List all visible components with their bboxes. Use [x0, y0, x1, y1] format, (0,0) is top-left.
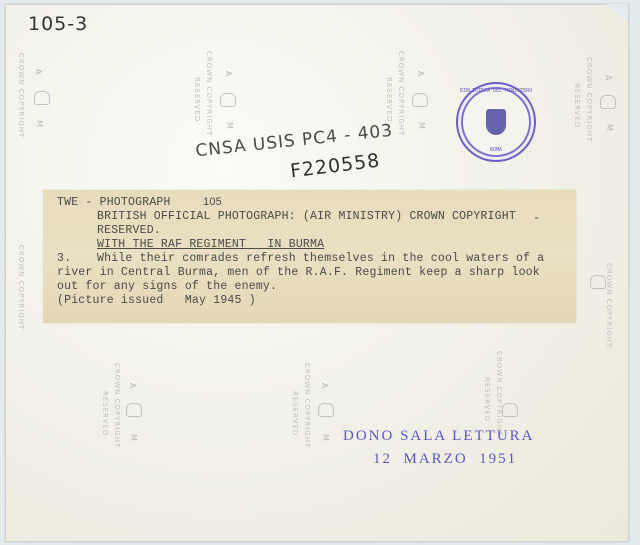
watermark-reserved: RESERVED: [572, 83, 581, 128]
caption-header-number: 105: [203, 196, 222, 208]
watermark-crown-icon: [590, 275, 606, 289]
seal-ring-text: BIBLIOTECA DEL MINISTERO: [458, 88, 534, 94]
caption-reserved-line: RESERVED.: [97, 224, 161, 237]
watermark-crown-icon: [220, 93, 236, 107]
watermark-crown-icon: [412, 93, 428, 107]
caption-slip: TWE - PHOTOGRAPH 105 BRITISH OFFICIAL PH…: [43, 190, 576, 323]
watermark-crown-icon: [502, 403, 518, 417]
watermark-crown-icon: [34, 91, 50, 105]
watermark-crown-copyright: CROWN COPYRIGHT: [204, 51, 213, 136]
caption-body-line-2: river in Central Burma, men of the R.A.F…: [57, 266, 540, 279]
watermark-letter-m: M: [605, 124, 614, 131]
donation-stamp-date: 12 MARZO 1951: [373, 451, 517, 468]
watermark-letter-a: A: [224, 71, 233, 76]
caption-title: WITH THE RAF REGIMENT IN BURMA: [97, 238, 324, 251]
watermark-crown-copyright: CROWN COPYRIGHT: [584, 57, 593, 142]
watermark-letter-a: A: [320, 383, 329, 388]
watermark-crown-copyright: CROWN COPYRIGHT: [302, 363, 311, 448]
watermark-crown-copyright: CROWN COPYRIGHT: [16, 53, 25, 138]
watermark-letter-m: M: [417, 122, 426, 129]
watermark-crown-icon: [600, 95, 616, 109]
watermark-reserved: RESERVED: [100, 391, 109, 436]
watermark-letter-m: M: [225, 122, 234, 129]
watermark-crown-icon: [318, 403, 334, 417]
watermark-crown-copyright: CROWN COPYRIGHT: [494, 351, 503, 436]
watermark-reserved: RESERVED: [290, 391, 299, 436]
shield-emblem-icon: [486, 109, 506, 135]
watermark-crown-icon: [126, 403, 142, 417]
caption-body-line-3: out for any signs of the enemy.: [57, 280, 277, 293]
caption-copyright-line: BRITISH OFFICIAL PHOTOGRAPH: (AIR MINIST…: [97, 210, 516, 223]
watermark-letter-m: M: [321, 434, 330, 441]
watermark-crown-copyright: CROWN COPYRIGHT: [604, 263, 613, 348]
watermark-letter-a: A: [416, 71, 425, 76]
caption-body-number: 3.: [57, 252, 71, 265]
watermark-crown-copyright: CROWN COPYRIGHT: [16, 245, 25, 330]
paper-corner-fold: [606, 4, 628, 22]
watermark-letter-a: A: [604, 75, 613, 80]
caption-header-prefix: TWE - PHOTOGRAPH: [57, 196, 171, 209]
watermark-reserved: RESERVED: [384, 77, 393, 122]
caption-body-line-1: While their comrades refresh themselves …: [97, 252, 544, 265]
handwritten-reference-number: 105-3: [28, 13, 88, 35]
caption-dash-mark: -: [533, 212, 540, 225]
donation-stamp-line-1: DONO SALA LETTURA: [343, 428, 535, 445]
watermark-crown-copyright: CROWN COPYRIGHT: [112, 363, 121, 448]
caption-issued-date: (Picture issued May 1945 ): [57, 294, 256, 307]
watermark-letter-m: M: [35, 120, 44, 127]
library-seal-stamp: BIBLIOTECA DEL MINISTERO ROMA: [456, 82, 536, 162]
watermark-letter-m: M: [129, 434, 138, 441]
seal-ring-bottom-text: ROMA: [458, 147, 534, 153]
watermark-letter-a: A: [128, 383, 137, 388]
watermark-crown-copyright: CROWN COPYRIGHT: [396, 51, 405, 136]
watermark-letter-a: A: [34, 69, 43, 74]
watermark-reserved: RESERVED: [192, 77, 201, 122]
watermark-reserved: RESERVED: [482, 377, 491, 422]
